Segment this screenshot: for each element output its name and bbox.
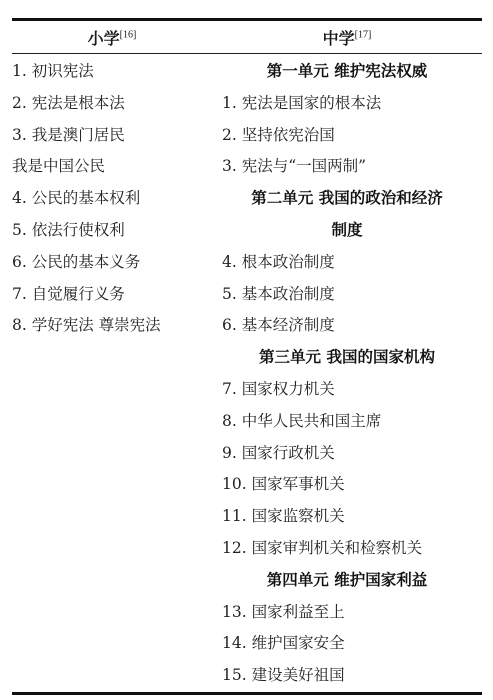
header-secondary: 中学[17] [212,26,482,49]
secondary-item: 1. 宪法是国家的根本法 [212,88,482,120]
unit-heading-continued: 制度 [212,215,482,247]
primary-column: 1. 初识宪法 2. 宪法是根本法 3. 我是澳门居民 我是中国公民 4. 公民… [12,56,212,692]
primary-item: 5. 依法行使权利 [12,215,212,247]
header-secondary-label: 中学 [323,29,355,48]
primary-item: 6. 公民的基本义务 [12,247,212,279]
secondary-column: 第一单元 维护宪法权威 1. 宪法是国家的根本法 2. 坚持依宪治国 3. 宪法… [212,56,482,692]
header-primary-label: 小学 [88,29,120,48]
unit-heading: 第一单元 维护宪法权威 [212,56,482,88]
secondary-item: 5. 基本政治制度 [212,279,482,311]
primary-item: 2. 宪法是根本法 [12,88,212,120]
unit-heading: 第四单元 维护国家利益 [212,565,482,597]
primary-item: 7. 自觉履行义务 [12,279,212,311]
secondary-item: 7. 国家权力机关 [212,374,482,406]
secondary-item: 3. 宪法与“一国两制” [212,151,482,183]
secondary-item: 11. 国家监察机关 [212,501,482,533]
secondary-item: 8. 中华人民共和国主席 [212,406,482,438]
table-header: 小学[16] 中学[17] [12,21,482,53]
primary-item: 8. 学好宪法 尊崇宪法 [12,310,212,342]
secondary-item: 13. 国家利益至上 [212,597,482,629]
secondary-item: 6. 基本经济制度 [212,310,482,342]
primary-item: 我是中国公民 [12,151,212,183]
curriculum-comparison-table: 小学[16] 中学[17] 1. 初识宪法 2. 宪法是根本法 3. 我是澳门居… [12,18,482,695]
secondary-item: 10. 国家军事机关 [212,469,482,501]
secondary-item: 2. 坚持依宪治国 [212,120,482,152]
unit-heading: 第三单元 我国的国家机构 [212,342,482,374]
header-primary: 小学[16] [12,26,212,49]
table-body: 1. 初识宪法 2. 宪法是根本法 3. 我是澳门居民 我是中国公民 4. 公民… [12,54,482,692]
secondary-item: 12. 国家审判机关和检察机关 [212,533,482,565]
primary-item: 1. 初识宪法 [12,56,212,88]
primary-item: 4. 公民的基本权利 [12,183,212,215]
secondary-item: 4. 根本政治制度 [212,247,482,279]
primary-item: 3. 我是澳门居民 [12,120,212,152]
secondary-item: 14. 维护国家安全 [212,628,482,660]
header-primary-ref: [16] [120,29,137,40]
bottom-rule [12,692,482,695]
header-secondary-ref: [17] [355,29,372,40]
secondary-item: 15. 建设美好祖国 [212,660,482,692]
unit-heading: 第二单元 我国的政治和经济 [212,183,482,215]
secondary-item: 9. 国家行政机关 [212,438,482,470]
